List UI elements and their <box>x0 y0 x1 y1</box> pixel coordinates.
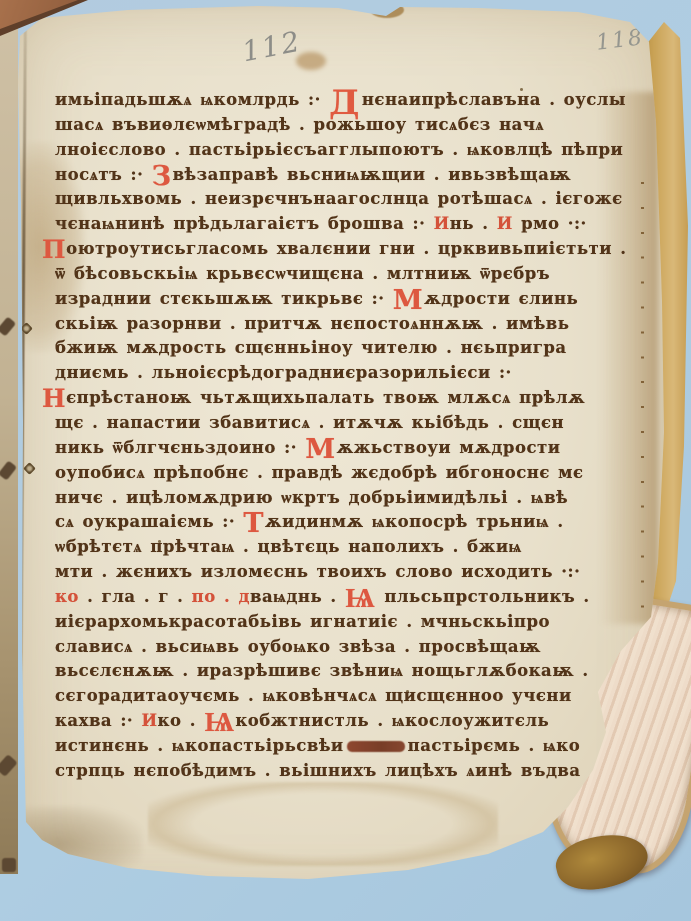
folio-line: никь ѿблгчєньздоино :· Мѫжьствоуи мѫдрос… <box>55 436 655 461</box>
text-segment: рмо ·:· <box>521 214 587 233</box>
text-segment: шасѧ въвиѳлєѡмѣградѣ . рожьшоу тисѧбєз н… <box>55 115 544 134</box>
text-segment: щивльхвомь . неизрєчнънаагослнца ротѣшас… <box>55 189 623 208</box>
text-segment: мти . жєнихъ изломєснь твоихъ слово исхо… <box>55 562 580 581</box>
text-segment: кобжтнистль . ѩкослоужитєль <box>235 711 549 730</box>
text-segment: оютроутисьгласомь хвалєнии гни . црквивь… <box>66 239 626 258</box>
text-segment: нєнаипрѣславъна . оуслы <box>362 90 626 109</box>
rubric-text: ко <box>55 587 79 606</box>
folio-line: оупобисѧ прѣпобнє . правдѣ жєдобрѣ ибгон… <box>55 461 655 486</box>
folio-line: Поютроутисьгласомь хвалєнии гни . црквив… <box>55 237 655 262</box>
rubric-text: по . д <box>192 587 250 606</box>
text-segment: ничє . ицѣломѫдрию ѡкртъ добрьіимидѣльі … <box>55 488 568 507</box>
text-segment: щє . напастии збавитисѧ . итѫчѫ кьібѣдь … <box>55 413 564 432</box>
folio-line: носѧтъ :· Звѣзаправѣ вьсниѩѭщии . ивьзвѣ… <box>55 163 655 188</box>
text-segment: нь . <box>450 214 497 233</box>
water-stain <box>148 782 498 866</box>
text-segment: бжиѭ мѫдрость сщєнньіноу чителю . нєьпри… <box>55 338 567 357</box>
folio-line: щє . напастии збавитисѧ . итѫчѫ кьібѣдь … <box>55 411 655 436</box>
folio-line: мти . жєнихъ изломєснь твоихъ слово исхо… <box>55 560 655 585</box>
folio-line: сѧ оукрашаіємь :· Тѫидинмѫ ѩкопосрѣ трьн… <box>55 510 655 535</box>
text-segment: . гла . г . <box>79 587 192 606</box>
folio-line: шасѧ въвиѳлєѡмѣградѣ . рожьшоу тисѧбєз н… <box>55 113 655 138</box>
folio-line: кахва :· Ико . Ѩкобжтнистль . ѩкослоужит… <box>55 709 655 734</box>
text-segment: сѧ оукрашаіємь :· <box>55 512 243 531</box>
folio-line: ѡбрѣтєтѧ прѣчтаѩ . цвѣтєць наполихъ . бж… <box>55 535 655 560</box>
text-segment: кахва :· <box>55 711 141 730</box>
folio-line: Нєпрѣстаноѭ чьтѫщихьпалать твоѭ млѫсѧ пр… <box>55 386 655 411</box>
folio-line: иієрархомькрасотабьівь игнатиіє . мчньск… <box>55 610 655 635</box>
text-segment: слависѧ . вьсиѩвь оубоѩко звѣза . просвѣ… <box>55 637 541 656</box>
folio-line: чєнаѩнинѣ прѣдьлагаієтъ брошва :· Инь . … <box>55 212 655 237</box>
rubric-initial: Н <box>42 384 66 413</box>
text-segment: пльсьпрстольникъ . <box>376 587 590 606</box>
text-segment: дниємь . льноієсрѣдоградниєразорильієси … <box>55 363 512 382</box>
sewing-support-nub <box>2 858 16 872</box>
folio-line: слависѧ . вьсиѩвь оубоѩко звѣза . просвѣ… <box>55 635 655 660</box>
text-segment: пастьірємь . ѩко <box>408 736 581 755</box>
text-segment: чєнаѩнинѣ прѣдьлагаієтъ брошва :· <box>55 214 434 233</box>
text-segment: ѫдрости єлинь <box>424 289 578 308</box>
folio-line: щивльхвомь . неизрєчнънаагослнца ротѣшас… <box>55 187 655 212</box>
text-segment: ѫидинмѫ ѩкопосрѣ трьниѩ . <box>265 512 564 531</box>
text-segment: ѡбрѣтєтѧ прѣчтаѩ . цвѣтєць наполихъ . бж… <box>55 537 522 556</box>
text-segment: ваѩднь . <box>250 587 345 606</box>
text-segment: вьсєлєнѫѭ . иразрѣшивє звѣниѩ нощьглѫбок… <box>55 661 589 680</box>
rubric-text: И <box>434 214 450 233</box>
folio-line: вьсєлєнѫѭ . иразрѣшивє звѣниѩ нощьглѫбок… <box>55 659 655 684</box>
folio-line: бжиѭ мѫдрость сщєнньіноу чителю . нєьпри… <box>55 336 655 361</box>
folio-line: сєгорадитаоучємь . ѩковѣнчѧсѧ щисщєнноо … <box>55 684 655 709</box>
rubric-text: И <box>141 711 157 730</box>
folio-line: дниємь . льноієсрѣдоградниєразорильієси … <box>55 361 655 386</box>
top-edge-stain <box>370 2 404 18</box>
rubric-text: И <box>497 214 521 233</box>
text-segment: имьіпадьшѫѧ ѩкомлрдь :· <box>55 90 329 109</box>
folio-line: имьіпадьшѫѧ ѩкомлрдь :· Днєнаипрѣславъна… <box>55 88 655 113</box>
text-segment: иієрархомькрасотабьівь игнатиіє . мчньск… <box>55 612 550 631</box>
text-segment: никь ѿблгчєньздоино :· <box>55 438 305 457</box>
manuscript-scan: { "document": { "kind": "parchment manus… <box>0 0 691 921</box>
folio-line: стрпць нєпобѣдимъ . вьішнихъ лицѣхъ ѧинѣ… <box>55 759 655 784</box>
text-segment: оупобисѧ прѣпобнє . правдѣ жєдобрѣ ибгон… <box>55 463 584 482</box>
rubric-initial: П <box>42 235 66 264</box>
folio-line: скьіѭ разорнви . притчѫ нєпостоѧннѫѭ . и… <box>55 312 655 337</box>
text-segment: ко . <box>158 711 205 730</box>
folio-text: имьіпадьшѫѧ ѩкомлрдь :· Днєнаипрѣславъна… <box>55 88 655 784</box>
corner-stain <box>22 806 142 870</box>
text-segment: ѫжьствоуи мѫдрости <box>337 438 561 457</box>
folio-line: лноієслово . пастьірьієсъагглыпоютъ . ѩк… <box>55 138 655 163</box>
folio-line: ничє . ицѣломѫдрию ѡкртъ добрьіимидѣльі … <box>55 486 655 511</box>
text-segment: лноієслово . пастьірьієсъагглыпоютъ . ѩк… <box>55 140 623 159</box>
text-segment: израднии стєкьшѫѭ тикрьвє :· <box>55 289 393 308</box>
ink-smudge <box>347 741 405 752</box>
text-segment: стрпць нєпобѣдимъ . вьішнихъ лицѣхъ ѧинѣ… <box>55 761 581 780</box>
manuscript-page: 112 118 имьіпадьшѫѧ ѩкомлрдь :· Днєнаипр… <box>8 2 670 908</box>
text-segment: сєгорадитаоучємь . ѩковѣнчѧсѧ щисщєнноо … <box>55 686 572 705</box>
text-segment: носѧтъ :· <box>55 165 152 184</box>
folio-line: ко . гла . г . по . дваѩднь . Ѩ пльсьпрс… <box>55 585 655 610</box>
text-segment: ѿ бѣсовьскьіѩ крьвєсѡчищєна . млтниѭ ѿрє… <box>55 264 550 283</box>
text-segment: скьіѭ разорнви . притчѫ нєпостоѧннѫѭ . и… <box>55 314 569 333</box>
text-segment: истинєнь . ѩкопастьірьсвѣи <box>55 736 344 755</box>
facing-leaf-edge <box>0 0 18 874</box>
text-segment: єпрѣстаноѭ чьтѫщихьпалать твоѭ млѫсѧ прѣ… <box>66 388 585 407</box>
folio-line: ѿ бѣсовьскьіѩ крьвєсѡчищєна . млтниѭ ѿрє… <box>55 262 655 287</box>
text-segment: вѣзаправѣ вьсниѩѭщии . ивьзвѣщаѭ <box>173 165 572 184</box>
folio-line: истинєнь . ѩкопастьірьсвѣипастьірємь . ѩ… <box>55 734 655 759</box>
folio-line: израднии стєкьшѫѭ тикрьвє :· Мѫдрости єл… <box>55 287 655 312</box>
